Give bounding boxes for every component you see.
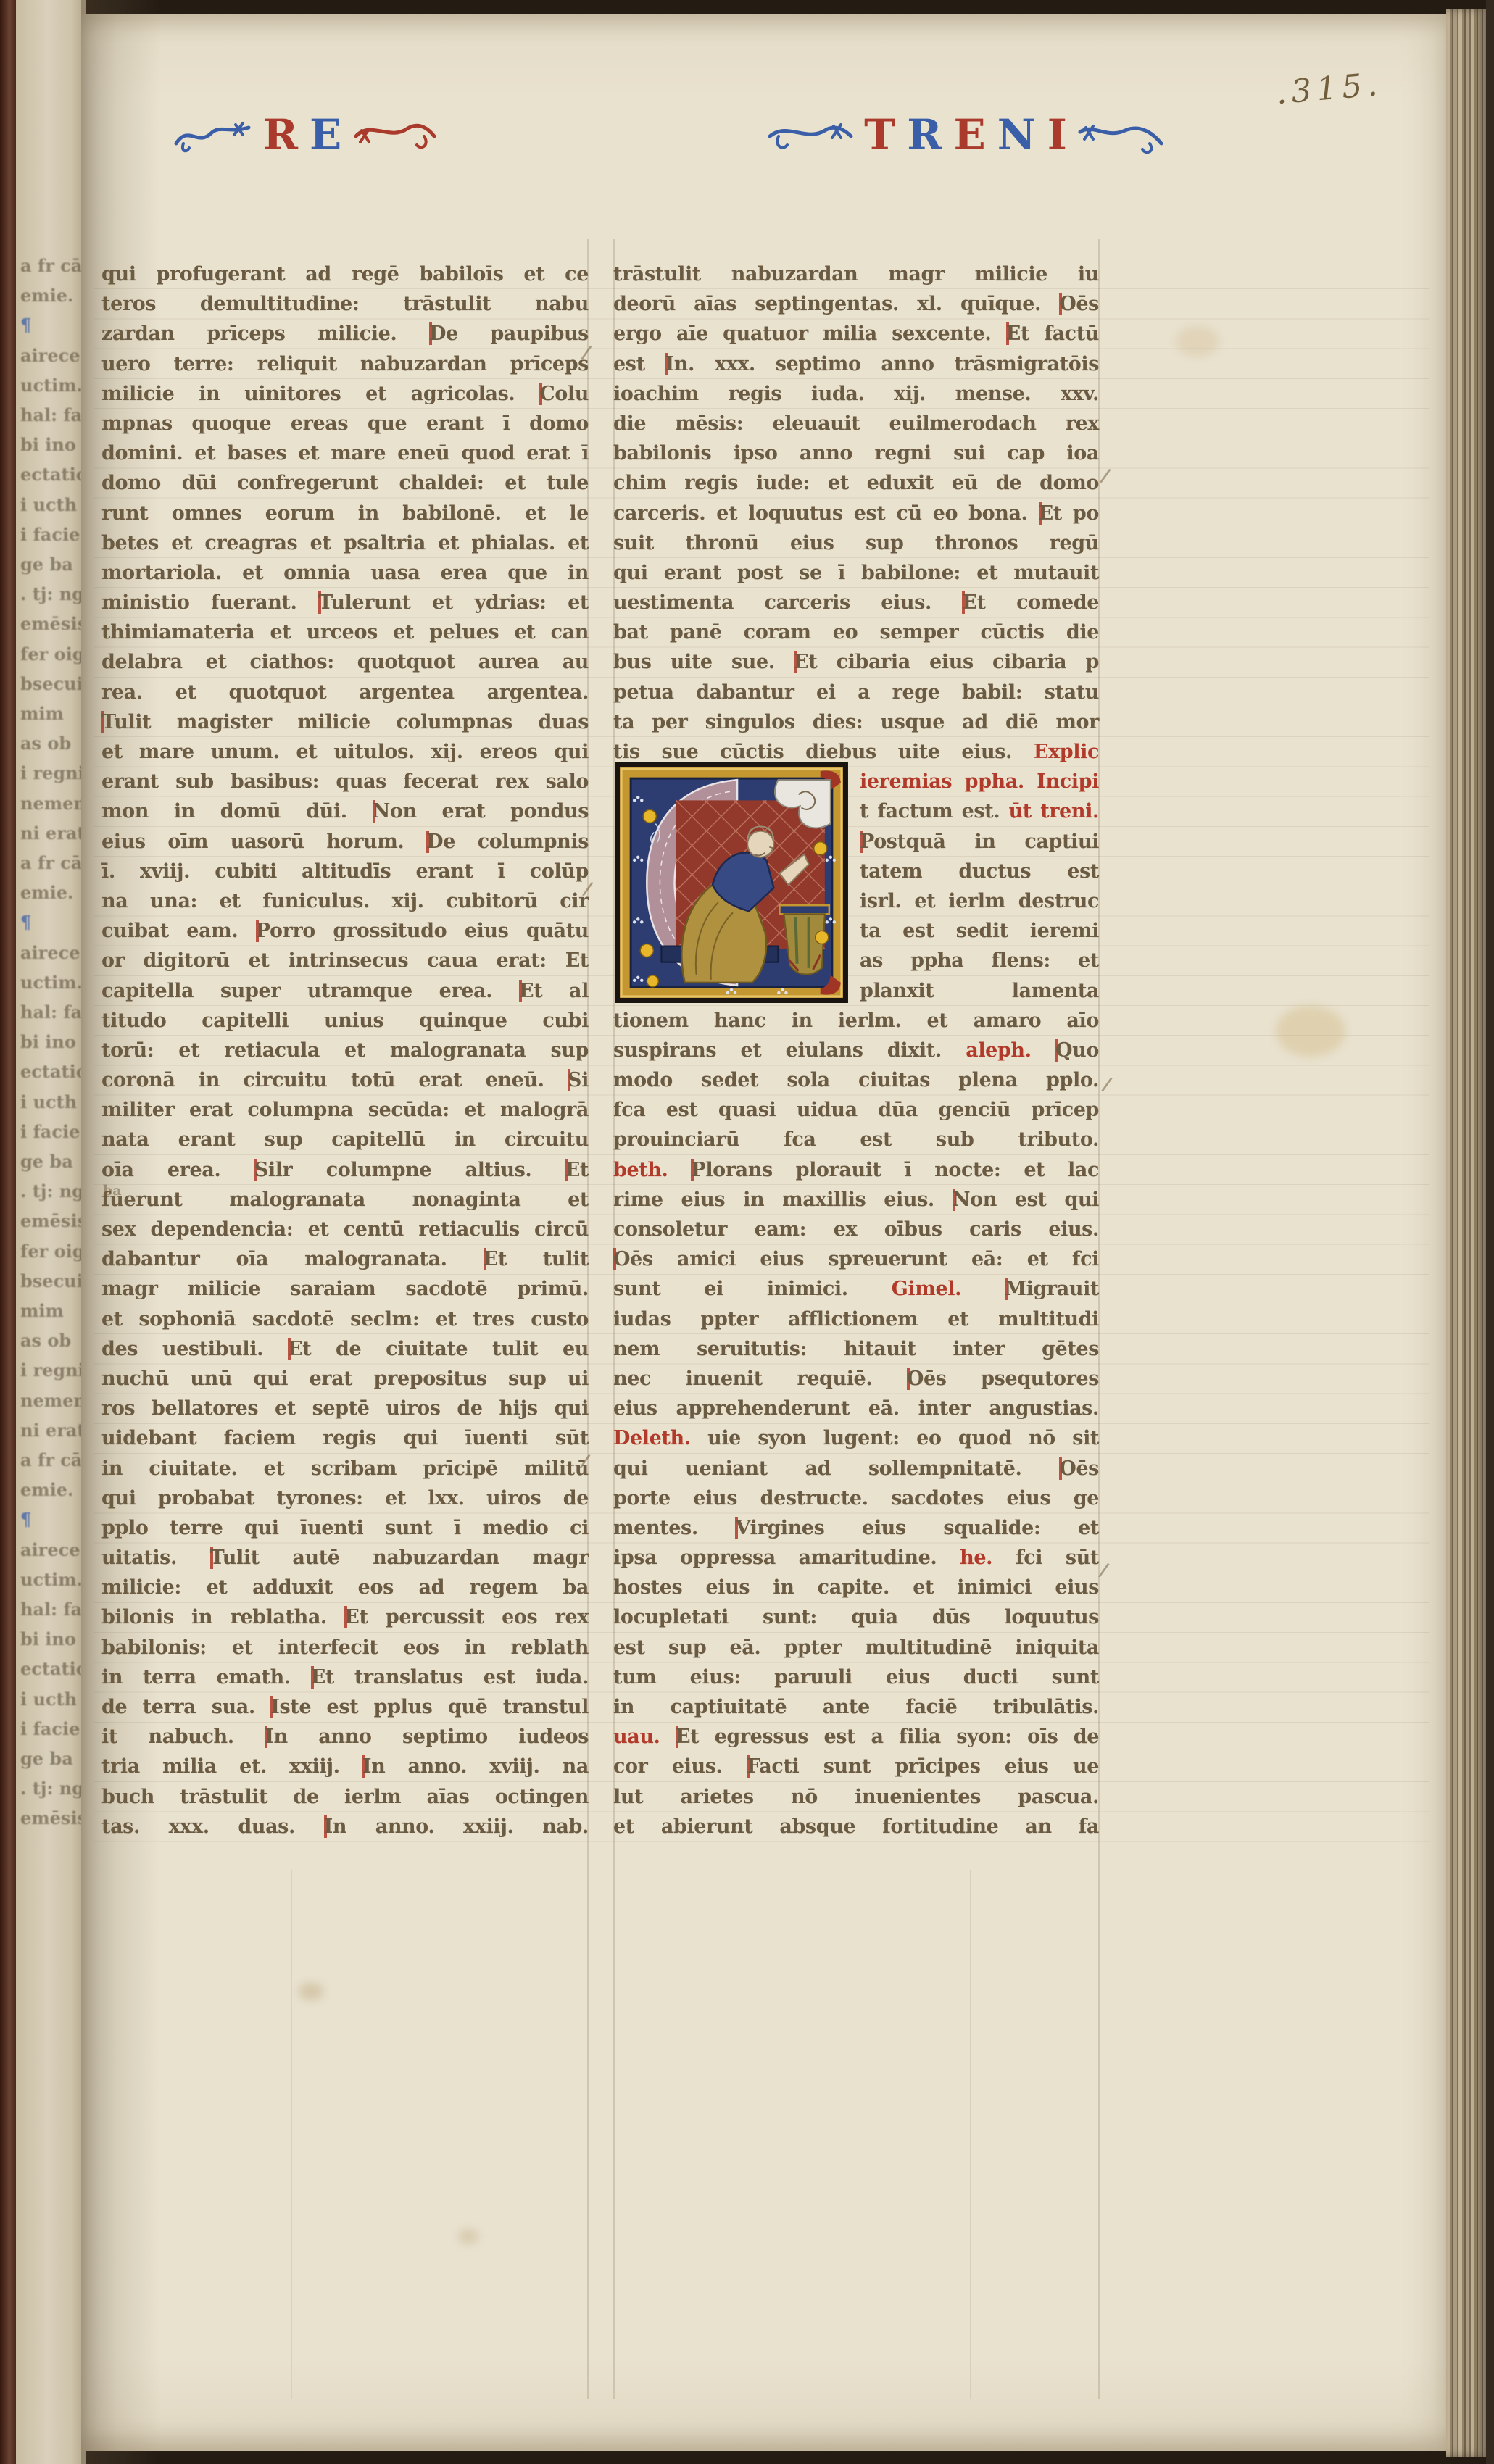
body-text: suspirans et eiulans dixit. [613,1039,966,1062]
fore-edge-page-stack [1446,9,1488,2457]
body-text: capitella super utramque erea. [101,980,519,1002]
body-text: P [860,831,873,853]
body-text: S [254,1159,268,1181]
text-line: est sup eā. ppter multitudinē iniquita [613,1633,1099,1662]
text-line: bus uite sue. Et cibaria eius cibaria p [613,647,1099,677]
text-line: iudas ppter afflictionem et multitudi [613,1304,1099,1334]
body-text: mpnas quoque ereas que erant ī domo [101,412,589,435]
text-line: est In. xxx. septimo anno trāsmigratōis [613,349,1099,379]
body-text: nata erant sup capitellū in circuitu [101,1128,589,1151]
body-text: E [676,1726,690,1748]
text-line: de terra sua. Iste est pplus quē transtu… [101,1692,589,1722]
text-line: dabantur oīa malogranata. Et tulit [101,1244,589,1274]
text-line: eius oīm uasorū horum. De columpnis [101,827,589,857]
body-text: D [429,322,446,345]
text-line: qui erant post se ī babilone: et mutauit [613,558,1099,588]
body-text: na una: et funiculus. xij. cubitorū cir [101,890,589,912]
body-text: de terra sua. [101,1696,270,1718]
text-line: tum eius: paruuli eius ducti sunt [613,1662,1099,1692]
body-text [1032,1039,1055,1062]
body-text: zardan prīceps milicie. [101,322,429,345]
body-text: P [691,1159,705,1181]
text-line: lut arietes nō inuenientes pascua. [613,1782,1099,1812]
body-text: ēs psequtores [924,1368,1099,1390]
body-text: O [613,1248,630,1270]
text-line: des uestibuli. Et de ciuitate tulit eu [101,1334,589,1364]
body-text: in ciuitate. et scribam prīcipē militū [101,1457,589,1480]
text-line: in ciuitate. et scribam prīcipē militū [101,1454,589,1483]
body-text: bilonis in reblatha. [101,1606,344,1628]
text-line: ipsa oppressa amaritudine. he. fci sūt [613,1543,1099,1573]
text-line: suspirans et eiulans dixit. aleph. Quo [613,1036,1099,1065]
body-text: runt omnes eorum in babilonē. et le [101,502,589,525]
text-line: mpnas quoque ereas que erant ī domo [101,409,589,438]
body-text: tum eius: paruuli eius ducti sunt [613,1666,1099,1689]
body-text: acti sunt prīcipes eius ue [759,1755,1099,1778]
body-text: petua dabantur ei a rege babil: statu [613,681,1099,704]
parchment-stain [1276,1006,1345,1057]
body-text: V [735,1517,750,1539]
body-text: or digitorū et intrinsecus caua erat: Et [101,949,589,972]
book-binding-edge [0,0,16,2464]
text-line: suit thronū eius sup thronos regū [613,528,1099,558]
body-text: bat panē coram eo semper cūctis die [613,621,1099,644]
body-text: t de ciuitate tulit eu [302,1338,589,1360]
text-line: bat panē coram eo semper cūctis die [613,617,1099,647]
text-line: babilonis: et interfecit eos in reblath [101,1633,589,1662]
body-text: chim regis iude: et eduxit eū de domo [613,472,1099,494]
body-text: as ppha flens: et [860,949,1099,972]
text-line: trāstulit nabuzardan magr milicie iu [613,259,1099,289]
body-text: irgines eius squalide: et [750,1517,1099,1539]
text-line: cuibat eam. Porro grossitudo eius quātu [101,916,589,946]
running-title-letter: T [864,114,895,156]
body-text: eius oīm uasorū horum. [101,831,426,853]
body-text: ēs [1076,1457,1099,1480]
body-text: E [794,651,808,673]
parchment-stain [1176,326,1219,357]
body-text: prouinciarū fca est sub tributo. [613,1128,1099,1151]
text-line: uidebant faciem regis qui īuenti sūt [101,1423,589,1453]
body-text: pplo terre qui īuenti sunt ī medio ci [101,1517,589,1539]
text-line: petua dabantur ei a rege babil: statu [613,678,1099,707]
text-line: as ppha flens: et [860,946,1099,975]
rubric-text: aleph. [966,1039,1031,1062]
rubric-text: Explic [1034,741,1099,763]
text-line: nem seruitutis: hitauit inter gētes [613,1334,1099,1364]
body-text: uitatis. [101,1547,210,1569]
body-text: ēs amici eius spreuerunt eā: et fci [630,1248,1099,1270]
text-line: mon in domū dūi. Non erat pondus [101,796,589,826]
body-text: O [1059,293,1076,315]
body-text: T [318,591,331,614]
historiated-initial-jeremiah [610,762,852,1003]
text-line: uitatis. Tulit autē nabuzardan magr [101,1543,589,1573]
body-text: rime eius in maxillis eius. [613,1189,953,1211]
body-text: et mare unum. et uitulos. xij. ereos qui [101,741,589,763]
body-text: milicie: et adduxit eos ad regem ba [101,1576,589,1599]
text-line: eius apprehenderunt eā. inter angustias. [613,1394,1099,1423]
body-text: lorans plorauit ī nocte: et lac [705,1159,1099,1181]
body-text: porte eius destructe. sacdotes eius ge [613,1487,1099,1510]
body-text: P [256,920,270,942]
running-title-letter: E [954,114,986,156]
body-text: qui probabat tyrones: et lxx. uiros de [101,1487,589,1510]
flourish-icon [352,115,439,155]
text-line: milicie in uinitores et agricolas. Colu [101,379,589,409]
body-text: tatem ductus est [860,860,1099,883]
text-line: nata erant sup capitellū in circuitu [101,1125,589,1154]
text-line: qui ueniant ad sollempnitatē. Oēs [613,1454,1099,1483]
text-line: Deleth. uie syon lugent: eo quod nō sit [613,1423,1099,1453]
text-line: beth. Plorans plorauit ī nocte: et lac [613,1155,1099,1185]
text-line: ta est sedit ieremi [860,916,1099,946]
body-text: domo dūi confregerunt chaldei: et tule [101,472,589,494]
body-text: domini. et bases et mare eneū quod erat … [101,442,589,465]
body-text: consoletur eam: ex oībus caris eius. [613,1218,1099,1241]
body-text: carceris. et loquutus est cū eo bona. [613,502,1039,525]
text-line: die mēsis: eleuauit euilmerodach rex [613,409,1099,438]
body-text: torū: et retiacula et malogranata sup [101,1039,589,1062]
text-line: or digitorū et intrinsecus caua erat: Et [101,946,589,975]
body-text: E [565,1159,580,1181]
body-text: thimiamateria et urceos et pelues et can [101,621,589,644]
body-text: on est qui [970,1189,1099,1211]
running-title-letter: R [263,114,298,156]
body-text: i [581,1069,589,1091]
body-text: on erat pondus [390,800,589,823]
body-text: et abierunt absque fortitudine an fa [613,1815,1099,1838]
folio-number: .315. [1274,59,1465,112]
body-text: orro grossitudo eius quātu [270,920,589,942]
column-guide [970,1870,971,2399]
body-text: uestimenta carceris eius. [613,591,962,614]
text-line: qui profugerant ad regē babiloīs et ce [101,259,589,289]
body-text: I [265,1726,273,1748]
body-text: delabra et ciathos: quotquot aurea au [101,651,589,673]
body-text: uidebant faciem regis qui īuenti sūt [101,1427,589,1449]
flourish-icon [767,115,854,155]
body-text: t factum est. [860,800,1009,823]
parchment-stain [458,2229,478,2244]
body-text: des uestibuli. [101,1338,288,1360]
body-text: olu [555,383,589,405]
body-text: N [373,800,390,823]
body-text: betes et creagras et psaltria et phialas… [101,532,589,554]
text-line: pplo terre qui īuenti sunt ī medio ci [101,1513,589,1543]
body-text: oīa erea. [101,1159,254,1181]
body-text: bus uite sue. [613,651,794,673]
text-line: qui probabat tyrones: et lxx. uiros de [101,1483,589,1513]
body-text: ta est sedit ieremi [860,920,1099,942]
flourish-icon [1077,115,1164,155]
body-text: iudas ppter afflictionem et multitudi [613,1308,1099,1331]
text-line: ta per singulos dies: usque ad diē mor [613,707,1099,737]
text-line: nuchū unū qui erat prepositus sup ui [101,1364,589,1394]
text-line: tatem ductus est [860,857,1099,886]
body-text: ilr columpne altius. [268,1159,565,1181]
body-text: fca est quasi uidua dūa genciū prīcep [613,1099,1099,1121]
marginal-mark: ba [103,1183,122,1199]
text-line: tionem hanc in ierlm. et amaro aīo [613,1006,1099,1036]
body-text: buch trāstulit de ierlm aīas octingen [101,1786,589,1808]
body-text: E [344,1606,359,1628]
body-text: ioachim regis iuda. xij. mense. xxv. [613,383,1099,405]
body-text: t percussit eos rex [359,1606,589,1628]
running-title-letter: N [997,114,1036,156]
text-line: titudo capitelli unius quinque cubi [101,1006,589,1036]
body-text: t cibaria eius cibaria p [808,651,1099,673]
text-line: et mare unum. et uitulos. xij. ereos qui [101,737,589,767]
body-text: t [580,1159,589,1181]
text-line: capitella super utramque erea. Et al [101,976,589,1006]
text-line: ros bellatores et septē uiros de hijs qu… [101,1394,589,1423]
body-text: E [519,980,534,1002]
body-text: planxit lamenta [860,980,1099,1002]
body-text: rea. et quotquot argentea argentea. [101,681,589,704]
marginal-mark: / [1097,1559,1111,1581]
text-line: mortariola. et omnia uasa erea que in [101,558,589,588]
body-text: ēs [1076,293,1099,315]
body-text: D [426,831,443,853]
column-guide [291,1870,292,2399]
body-text: teros demultitudine: trāstulit nabu [101,293,589,315]
body-text: qui profugerant ad regē babiloīs et ce [101,263,589,286]
body-text: uero terre: reliquit nabuzardan prīceps [101,353,589,375]
body-text: qui erant post se ī babilone: et mutauit [613,562,1099,584]
body-text [668,1159,692,1181]
body-text: ī. xviij. cubiti altitudīs erant ī colūp [101,860,589,883]
body-text: ulit autē nabuzardan magr [223,1547,589,1569]
rubric-text: uau. [613,1726,660,1748]
body-text: titudo capitelli unius quinque cubi [101,1010,589,1032]
body-text: deorū aīas septingentas. xl. quīque. [613,293,1059,315]
running-title-letter: E [310,114,341,156]
body-text: locupletati sunt: quia dūs loquutus [613,1606,1099,1628]
body-text: est sup eā. ppter multitudinē iniquita [613,1636,1099,1659]
body-text: ulit magister milicie columpnas duas [114,711,589,733]
text-line: isrl. et ierlm destruc [860,886,1099,916]
body-text: lut arietes nō inuenientes pascua. [613,1786,1099,1808]
running-title-letter: R [907,114,942,156]
body-text: it nabuch. [101,1726,265,1748]
body-text: tria milia et. xxiij. [101,1755,362,1778]
text-column-left: qui profugerant ad regē babiloīs et cete… [101,259,589,1841]
text-line: uestimenta carceris eius. Et comede [613,588,1099,617]
text-line: babilonis ipso anno regni sui cap ioa [613,438,1099,468]
body-text [961,1278,1005,1300]
body-text: T [101,711,114,733]
text-line: tas. xxx. duas. In anno. xxiij. nab. [101,1812,589,1841]
body-text: e paupibus [446,322,589,345]
text-line: in terra emath. Et translatus est iuda. [101,1662,589,1692]
body-text: cor eius. [613,1755,747,1778]
running-title-letters: RE [263,114,341,156]
body-text: uo [1072,1039,1099,1062]
body-text: in captiuitatē ante faciē tribulātis. [613,1696,1099,1718]
body-text: babilonis: et interfecit eos in reblath [101,1636,589,1659]
body-text: ostquā in captiui [873,831,1099,853]
body-text: M [1005,1278,1026,1300]
rubric-text: ieremias ppha. Incipi [860,770,1099,793]
text-line: sunt ei inimici. Gimel. Migrauit [613,1274,1099,1304]
body-text: I [270,1696,279,1718]
body-text: qui ueniant ad sollempnitatē. [613,1457,1059,1480]
text-column-right: trāstulit nabuzardan magr milicie iudeor… [613,259,1099,1841]
rubric-text: beth. [613,1159,668,1181]
body-text: ergo aīe quatuor milia sexcente. [613,322,1006,345]
body-text: n anno septimo iudeos [274,1726,589,1748]
body-text: n. xxx. septimo anno trāsmigratōis [674,353,1099,375]
rubric-text: Gimel. [892,1278,961,1300]
body-text: coronā in circuitu totū erat eneū. [101,1069,568,1091]
text-line: na una: et funiculus. xij. cubitorū cir [101,886,589,916]
body-text: eius apprehenderunt eā. inter angustias. [613,1397,1099,1420]
body-text: milicie in uinitores et agricolas. [101,383,539,405]
body-text: nec inuenit requiē. [613,1368,907,1390]
running-title-right: TRENI [755,101,1176,168]
body-text: ste est pplus quē transtul [279,1696,589,1718]
body-text: mortariola. et omnia uasa erea que in [101,562,589,584]
text-line: hostes eius in capite. et inimici eius [613,1573,1099,1602]
text-line: thimiamateria et urceos et pelues et can [101,617,589,647]
body-text: E [1039,502,1053,525]
body-text: erant sub basibus: quas fecerat rex salo [101,770,589,793]
text-line: et sophoniā sacdotē seclm: et tres custo [101,1304,589,1334]
text-line: teros demultitudine: trāstulit nabu [101,289,589,319]
body-text: est [613,353,665,375]
body-text: igrauit [1026,1278,1099,1300]
body-text: O [1059,1457,1076,1480]
body-text: magr milicie saraiam sacdotē primū. [101,1278,589,1300]
text-line: uau. Et egressus est a filia syon: oīs d… [613,1722,1099,1752]
text-line: ergo aīe quatuor milia sexcente. Et fact… [613,319,1099,349]
manuscript-photo: a fr cā.emie.¶aireceuctim.hal: fabi inoe… [0,0,1494,2464]
body-text: trāstulit nabuzardan magr milicie iu [613,263,1099,286]
text-line: tria milia et. xxiij. In anno. xviij. na [101,1752,589,1781]
text-line: rea. et quotquot argentea argentea. [101,678,589,707]
text-line: mentes. Virgines eius squalide: et [613,1513,1099,1543]
rubric-text: Deleth. [613,1427,691,1449]
text-line: deorū aīas septingentas. xl. quīque. Oēs [613,289,1099,319]
text-line: ministio fuerant. Tulerunt et ydrias: et [101,588,589,617]
body-text: E [484,1248,498,1270]
body-text: dabantur oīa malogranata. [101,1248,484,1270]
marginal-mark: / [1100,1073,1113,1096]
body-text: e columpnis [443,831,589,853]
rubric-text: ūt treni. [1009,800,1099,823]
text-line: domo dūi confregerunt chaldei: et tule [101,468,589,498]
body-text: ministio fuerant. [101,591,318,614]
body-text [660,1726,676,1748]
body-text: ipsa oppressa amaritudine. [613,1547,960,1569]
body-text: I [362,1755,371,1778]
text-line: et abierunt absque fortitudine an fa [613,1812,1099,1841]
text-line: milicie: et adduxit eos ad regem ba [101,1573,589,1602]
text-line: locupletati sunt: quia dūs loquutus [613,1602,1099,1632]
body-text: tas. xxx. duas. [101,1815,324,1838]
text-line: cor eius. Facti sunt prīcipes eius ue [613,1752,1099,1781]
body-text: fci sūt [992,1547,1099,1569]
body-text: E [1006,322,1021,345]
body-text: sunt ei inimici. [613,1278,892,1300]
body-text: tis sue cūctis diebus uite eius. [613,741,1034,763]
manuscript-page: RE TRENI .315. qui profugerant ad regē b [81,14,1451,2451]
facing-page-sliver: a fr cā.emie.¶aireceuctim.hal: fabi inoe… [16,0,86,2464]
rubric-text: he. [960,1547,992,1569]
text-line: t factum est. ūt treni. [860,796,1099,826]
running-title-letter: I [1047,114,1067,156]
text-line: chim regis iude: et eduxit eū de domo [613,468,1099,498]
body-text: ulerunt et ydrias: et [331,591,589,614]
body-text: E [962,591,976,614]
text-line: zardan prīceps milicie. De paupibus [101,319,589,349]
body-text: nem seruitutis: hitauit inter gētes [613,1338,1099,1360]
flourish-icon [173,115,253,155]
text-line: betes et creagras et psaltria et phialas… [101,528,589,558]
text-line: ieremias ppha. Incipi [860,767,1099,796]
text-line: uero terre: reliquit nabuzardan prīceps [101,349,589,379]
body-text: n anno. xxiij. nab. [333,1815,589,1838]
text-line: carceris. et loquutus est cū eo bona. Et… [613,499,1099,528]
book-edge-right [1486,0,1494,2464]
body-text: ta per singulos dies: usque ad diē mor [613,711,1099,733]
body-text: C [539,383,555,405]
text-line: fca est quasi uidua dūa genciū prīcep [613,1095,1099,1125]
text-line: nec inuenit requiē. Oēs psequtores [613,1364,1099,1394]
body-text: E [311,1666,325,1689]
body-text: n anno. xviij. na [371,1755,589,1778]
text-line: modo sedet sola ciuitas plena pplo. [613,1065,1099,1095]
text-line: porte eius destructe. sacdotes eius ge [613,1483,1099,1513]
text-line: sex dependencia: et centū retiaculis cir… [101,1215,589,1244]
text-line: buch trāstulit de ierlm aīas octingen [101,1782,589,1812]
body-text: die mēsis: eleuauit euilmerodach rex [613,412,1099,435]
text-line: ioachim regis iuda. xij. mense. xxv. [613,379,1099,409]
body-text: T [210,1547,223,1569]
text-line: bilonis in reblatha. Et percussit eos re… [101,1602,589,1632]
body-text: hostes eius in capite. et inimici eius [613,1576,1099,1599]
body-text: E [288,1338,302,1360]
body-text: tionem hanc in ierlm. et amaro aīo [613,1010,1099,1032]
parchment-stain [299,1983,323,2000]
body-text: F [747,1755,759,1778]
text-line: rime eius in maxillis eius. Non est qui [613,1185,1099,1215]
body-text: t comede [977,591,1099,614]
body-text: S [568,1069,581,1091]
body-text: O [907,1368,924,1390]
body-text: sex dependencia: et centū retiaculis cir… [101,1218,589,1241]
body-text: t egressus est a filia syon: oīs de [690,1726,1099,1748]
marginal-mark: / [1099,465,1112,487]
body-text: N [953,1189,970,1211]
text-line: delabra et ciathos: quotquot aurea au [101,647,589,677]
body-text: suit thronū eius sup thronos regū [613,532,1099,554]
text-line: erant sub basibus: quas fecerat rex salo [101,767,589,796]
body-text: t po [1053,502,1099,525]
text-line: coronā in circuitu totū erat eneū. Si [101,1065,589,1095]
body-text: babilonis ipso anno regni sui cap ioa [613,442,1099,465]
text-line: oīa erea. Silr columpne altius. Et [101,1155,589,1185]
body-text: t factū [1021,322,1099,345]
running-title-left: RE [154,101,458,168]
body-text: mon in domū dūi. [101,800,373,823]
text-line: consoletur eam: ex oībus caris eius. [613,1215,1099,1244]
body-text: ros bellatores et septē uiros de hijs qu… [101,1397,589,1420]
body-text: militer erat columpna secūda: et malogrā [101,1099,589,1121]
text-line: planxit lamenta [860,976,1099,1006]
text-line: militer erat columpna secūda: et malogrā [101,1095,589,1125]
